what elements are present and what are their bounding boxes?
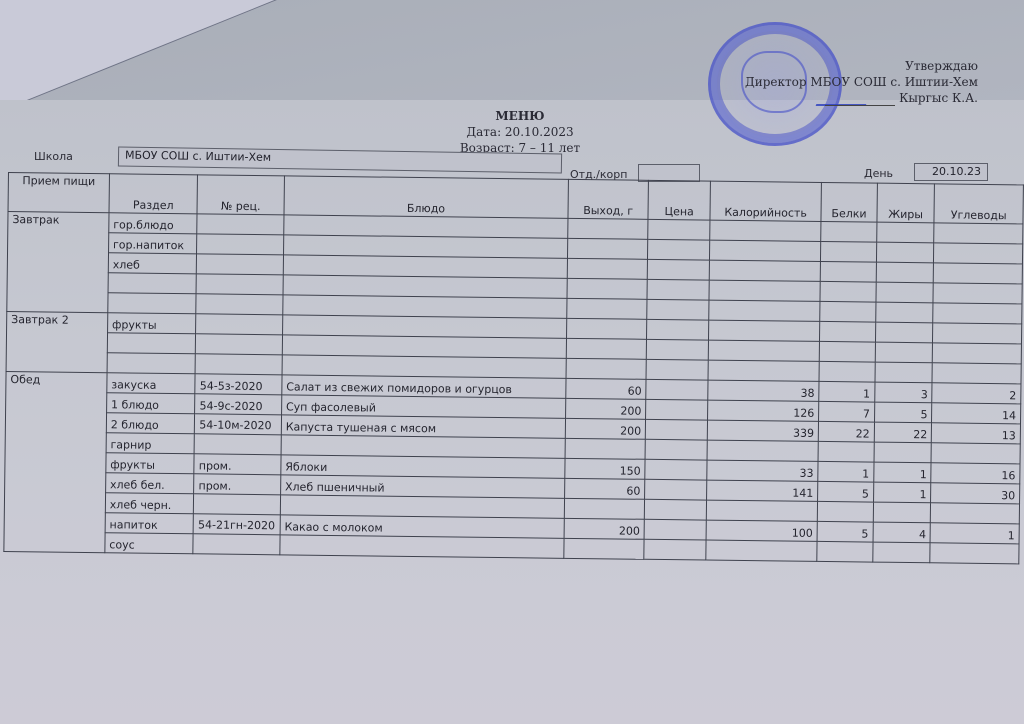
carbs-cell: 16 (931, 463, 1020, 484)
day-field: 20.10.23 (914, 163, 988, 181)
kcal-cell (706, 540, 817, 561)
section-cell: хлеб бел. (105, 473, 194, 494)
price-cell (648, 219, 710, 240)
price-cell (644, 539, 706, 560)
carbs-cell (931, 503, 1020, 524)
carbs-cell (933, 303, 1022, 324)
section-cell: гарнир (106, 433, 195, 454)
protein-cell (820, 321, 876, 342)
fat-cell: 1 (873, 482, 931, 503)
price-cell (647, 319, 709, 340)
yield-cell (564, 498, 645, 519)
fat-cell: 1 (874, 462, 932, 483)
protein-cell (820, 261, 876, 282)
yield-cell (566, 338, 647, 359)
section-cell: фрукты (107, 313, 196, 334)
day-label: День (864, 167, 893, 180)
carbs-cell (934, 263, 1023, 284)
carbs-cell: 30 (931, 483, 1020, 504)
kcal-cell: 339 (707, 420, 818, 441)
kcal-cell: 38 (708, 380, 819, 401)
section-cell (107, 333, 196, 354)
carbs-cell (933, 283, 1022, 304)
section-cell: гор.напиток (108, 233, 197, 254)
yield-cell: 150 (565, 458, 646, 479)
col-kcal: Калорийность (710, 181, 822, 221)
yield-cell: 200 (566, 398, 647, 419)
yield-cell (565, 438, 646, 459)
kcal-cell (710, 220, 821, 241)
approver-name: Кыргыс К.А. (899, 91, 978, 105)
col-protein: Белки (821, 182, 877, 222)
yield-cell (567, 258, 648, 279)
recipe-cell: пром. (194, 454, 281, 475)
yield-cell: 60 (566, 378, 647, 399)
protein-cell: 5 (817, 521, 873, 542)
section-cell (108, 293, 197, 314)
school-label: Школа (34, 150, 73, 163)
yield-cell (567, 278, 648, 299)
meal-cell: Завтрак 2 (6, 311, 108, 372)
fat-cell (873, 542, 931, 563)
fat-cell (875, 342, 933, 363)
recipe-cell: 54-9с-2020 (195, 394, 282, 415)
price-cell (647, 259, 709, 280)
kcal-cell (709, 240, 820, 261)
price-cell (644, 519, 706, 540)
kcal-cell (709, 260, 820, 281)
dish-cell (280, 535, 564, 558)
price-cell (646, 399, 708, 420)
kcal-cell: 126 (708, 400, 819, 421)
yield-cell: 200 (564, 518, 645, 539)
yield-cell (566, 358, 647, 379)
protein-cell (821, 221, 877, 242)
yield-cell (566, 318, 647, 339)
fat-cell (874, 442, 932, 463)
recipe-cell: 54-21гн-2020 (193, 514, 280, 535)
kcal-cell (707, 440, 818, 461)
protein-cell: 7 (819, 401, 875, 422)
meal-cell: Обед (4, 371, 107, 552)
protein-cell (819, 341, 875, 362)
price-cell (647, 339, 709, 360)
col-carbs: Углеводы (934, 184, 1023, 224)
col-fat: Жиры (877, 183, 935, 223)
price-cell (647, 279, 709, 300)
carbs-cell (930, 543, 1019, 564)
recipe-cell (194, 434, 281, 455)
yield-cell (564, 538, 645, 559)
yield-cell (568, 218, 649, 239)
carbs-cell (933, 323, 1022, 344)
approval-position: Директор МБОУ СОШ с. Иштии-Хем (745, 74, 978, 90)
kcal-cell (709, 280, 820, 301)
col-meal: Прием пищи (8, 173, 109, 213)
recipe-cell (197, 214, 284, 235)
fat-cell (876, 262, 934, 283)
protein-cell (820, 301, 876, 322)
carbs-cell: 1 (930, 523, 1019, 544)
carbs-cell (933, 343, 1022, 364)
recipe-cell (197, 254, 284, 275)
fat-cell (876, 222, 934, 243)
kcal-cell: 33 (707, 460, 818, 481)
section-cell: 1 блюдо (106, 393, 195, 414)
yield-cell: 200 (565, 418, 646, 439)
fat-cell: 3 (875, 382, 933, 403)
section-cell: хлеб черн. (105, 493, 194, 514)
kcal-cell: 100 (706, 520, 817, 541)
protein-cell: 1 (818, 461, 874, 482)
section-cell: напиток (105, 513, 194, 534)
menu-table: Прием пищи Раздел № рец. Блюдо Выход, г … (3, 172, 1024, 564)
recipe-cell (194, 494, 281, 515)
protein-cell (817, 501, 873, 522)
section-cell: фрукты (106, 453, 195, 474)
recipe-cell: 54-5з-2020 (195, 374, 282, 395)
recipe-cell (196, 314, 283, 335)
protein-cell (820, 281, 876, 302)
recipe-cell (196, 294, 283, 315)
col-yield: Выход, г (568, 179, 649, 219)
fat-cell: 22 (874, 422, 932, 443)
signature-line (825, 95, 895, 106)
fat-cell (876, 242, 934, 263)
yield-cell (567, 298, 648, 319)
price-cell (647, 299, 709, 320)
protein-cell: 1 (819, 381, 875, 402)
recipe-cell (197, 234, 284, 255)
kcal-cell: 141 (707, 480, 818, 501)
carbs-cell (932, 363, 1021, 384)
section-cell: хлеб (108, 253, 197, 274)
yield-cell: 60 (565, 478, 646, 499)
price-cell (645, 459, 707, 480)
protein-cell (818, 441, 874, 462)
section-cell: 2 блюдо (106, 413, 195, 434)
yield-cell (567, 238, 648, 259)
protein-cell (817, 541, 873, 562)
section-cell (108, 273, 197, 294)
col-section: Раздел (109, 174, 198, 214)
recipe-cell: 54-10м-2020 (195, 414, 282, 435)
price-cell (646, 379, 708, 400)
document-title: МЕНЮ (420, 108, 620, 124)
price-cell (645, 499, 707, 520)
price-cell (646, 359, 708, 380)
fat-cell (875, 322, 933, 343)
recipe-cell (196, 274, 283, 295)
fat-cell (876, 282, 934, 303)
fat-cell (875, 302, 933, 323)
fat-cell (873, 502, 931, 523)
kcal-cell (708, 360, 819, 381)
fat-cell: 5 (874, 402, 932, 423)
recipe-cell: пром. (194, 474, 281, 495)
price-cell (645, 439, 707, 460)
menu-document: Утверждаю Директор МБОУ СОШ с. Иштии-Хем… (0, 0, 1024, 724)
section-cell: соус (105, 533, 194, 554)
fat-cell: 4 (873, 522, 931, 543)
carbs-cell (934, 223, 1023, 244)
fat-cell (875, 362, 933, 383)
carbs-cell (931, 443, 1020, 464)
price-cell (646, 419, 708, 440)
document-header: МЕНЮ Дата: 20.10.2023 Возраст: 7 – 11 ле… (420, 108, 620, 156)
price-cell (645, 479, 707, 500)
col-recipe: № рец. (197, 175, 284, 215)
carbs-cell: 14 (932, 403, 1021, 424)
kcal-cell (708, 340, 819, 361)
protein-cell: 22 (818, 421, 874, 442)
col-dish: Блюдо (284, 176, 569, 218)
carbs-cell: 13 (932, 423, 1021, 444)
recipe-cell (196, 334, 283, 355)
kcal-cell (708, 320, 819, 341)
carbs-cell (934, 243, 1023, 264)
section-cell: гор.блюдо (109, 213, 198, 234)
price-cell (648, 239, 710, 260)
kcal-cell (706, 500, 817, 521)
protein-cell: 5 (818, 481, 874, 502)
meal-cell: Завтрак (7, 212, 109, 313)
section-cell (107, 353, 196, 374)
section-cell: закуска (107, 373, 196, 394)
protein-cell (821, 241, 877, 262)
approval-title: Утверждаю (745, 58, 978, 74)
protein-cell (819, 361, 875, 382)
kcal-cell (709, 300, 820, 321)
menu-date: Дата: 20.10.2023 (420, 124, 620, 140)
carbs-cell: 2 (932, 383, 1021, 404)
recipe-cell (193, 534, 280, 555)
col-price: Цена (648, 180, 710, 220)
menu-table-body: Завтракгор.блюдогор.напитокхлебЗавтрак 2… (4, 212, 1023, 564)
recipe-cell (195, 354, 282, 375)
approval-block: Утверждаю Директор МБОУ СОШ с. Иштии-Хем… (745, 58, 978, 106)
